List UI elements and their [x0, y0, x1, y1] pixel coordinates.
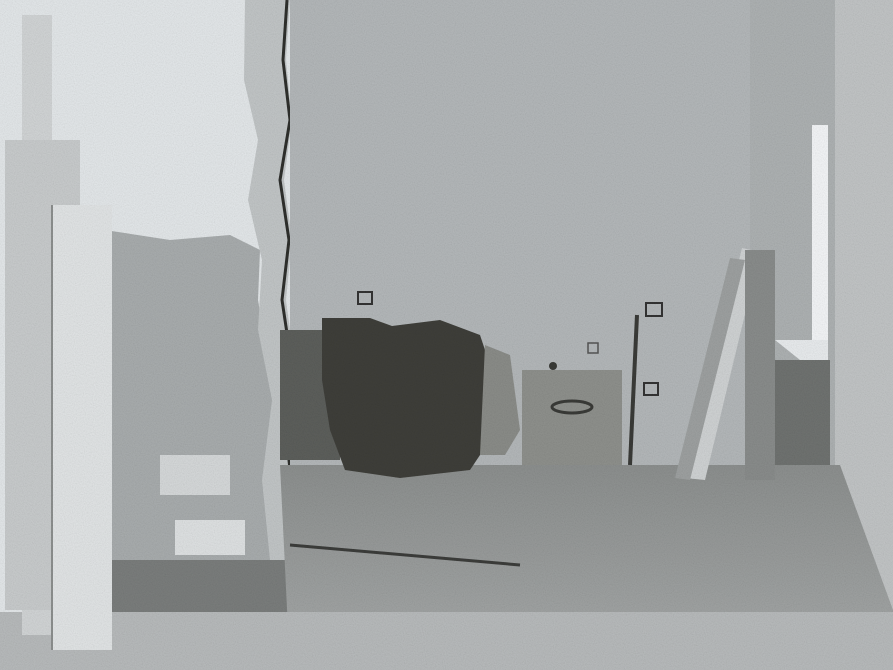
photo-illustration	[0, 0, 893, 670]
metal-box	[522, 370, 622, 465]
left-concrete-pillar	[52, 205, 112, 650]
dark-rounded-object	[322, 318, 495, 478]
wall-post	[745, 250, 775, 480]
box-knob	[549, 362, 557, 370]
rubble-block	[175, 520, 245, 555]
floor-band	[0, 612, 893, 670]
photo-scene: Grayscale photograph of a damaged buildi…	[0, 0, 893, 670]
right-window	[812, 125, 828, 355]
rubble-block	[160, 455, 230, 495]
